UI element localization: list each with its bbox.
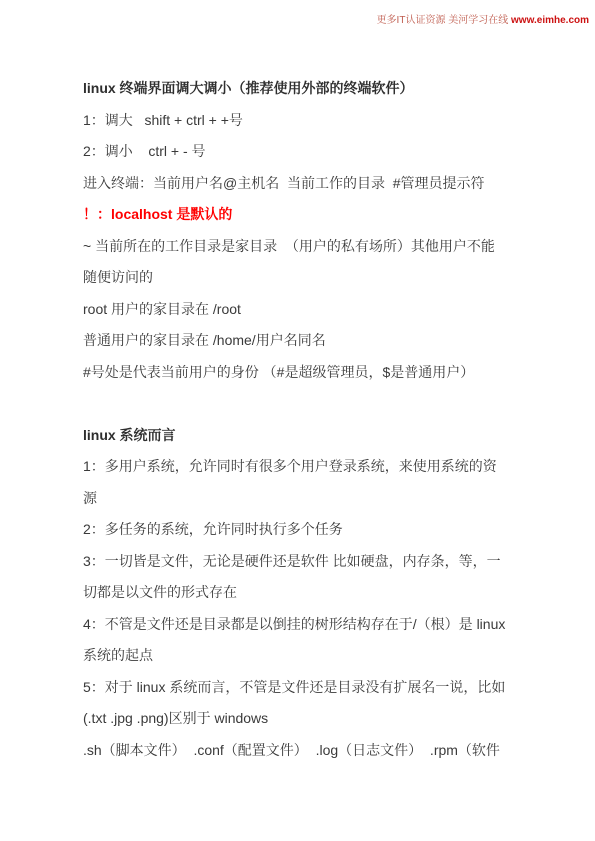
text-line: root 用户的家目录在 /root bbox=[83, 294, 565, 326]
text-line: 随便访问的 bbox=[83, 262, 565, 294]
document-page: 更多IT认证资源 美河学习在线 www.eimhe.com linux 终端界面… bbox=[0, 0, 595, 841]
watermark-promo-text: 更多IT认证资源 美河学习在线 bbox=[377, 15, 511, 26]
text-line: .sh（脚本文件） .conf（配置文件） .log（日志文件） .rpm（软件 bbox=[83, 735, 565, 767]
text-line: 3：一切皆是文件，无论是硬件还是软件 比如硬盘，内存条，等，一 bbox=[83, 546, 565, 578]
section-heading: linux 系统而言 bbox=[83, 420, 565, 452]
text-line: 2：调小 ctrl + - 号 bbox=[83, 136, 565, 168]
highlight-note: ！：localhost 是默认的 bbox=[83, 199, 565, 231]
watermark-header: 更多IT认证资源 美河学习在线 www.eimhe.com bbox=[365, 3, 589, 39]
text-line: 源 bbox=[83, 483, 565, 515]
text-line: 2：多任务的系统，允许同时执行多个任务 bbox=[83, 514, 565, 546]
text-line: 5：对于 linux 系统而言，不管是文件还是目录没有扩展名一说，比如 bbox=[83, 672, 565, 704]
blank-line bbox=[83, 388, 565, 420]
text-line: 普通用户的家目录在 /home/用户名同名 bbox=[83, 325, 565, 357]
watermark-site-url[interactable]: www.eimhe.com bbox=[511, 15, 589, 26]
text-line: 4：不管是文件还是目录都是以倒挂的树形结构存在于/（根）是 linux bbox=[83, 609, 565, 641]
text-line: #号处是代表当前用户的身份 （#是超级管理员，$是普通用户） bbox=[83, 357, 565, 389]
document-body: linux 终端界面调大调小（推荐使用外部的终端软件）1：调大 shift + … bbox=[83, 73, 565, 766]
text-line: 系统的起点 bbox=[83, 640, 565, 672]
text-line: (.txt .jpg .png)区别于 windows bbox=[83, 703, 565, 735]
section-heading: linux 终端界面调大调小（推荐使用外部的终端软件） bbox=[83, 73, 565, 105]
text-line: 1：多用户系统，允许同时有很多个用户登录系统，来使用系统的资 bbox=[83, 451, 565, 483]
text-line: 1：调大 shift + ctrl + +号 bbox=[83, 105, 565, 137]
text-line: ~ 当前所在的工作目录是家目录 （用户的私有场所）其他用户不能 bbox=[83, 231, 565, 263]
text-line: 切都是以文件的形式存在 bbox=[83, 577, 565, 609]
text-line: 进入终端：当前用户名@主机名 当前工作的目录 #管理员提示符 bbox=[83, 168, 565, 200]
